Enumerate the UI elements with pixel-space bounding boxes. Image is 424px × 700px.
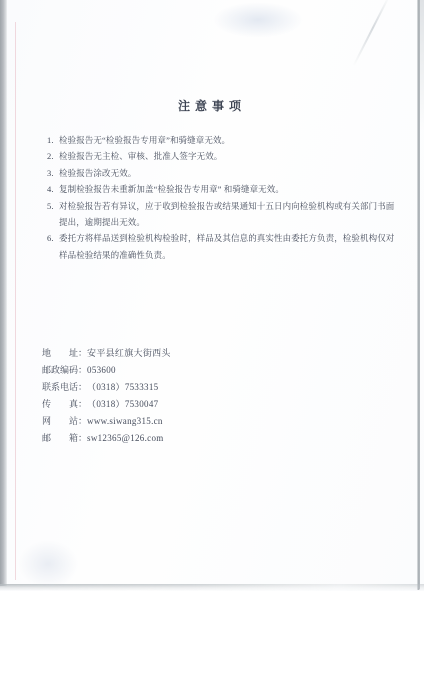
contact-website-label: 网 站： [42,413,87,430]
notice-item-text: 复制检验报告未重新加盖“检验报告专用章” 和骑缝章无效。 [59,181,401,197]
contact-address: 地 址：安平县红旗大街西头 [42,345,382,362]
notice-item-text: 委托方将样品送到检验机构检验时，样品及其信息的真实性由委托方负责，检验机构仅对样… [59,230,401,263]
contact-postcode-value: 053600 [87,365,116,375]
notice-list: 1. 检验报告无“检验报告专用章”和骑缝章无效。 2. 检验报告无主检、审核、批… [47,132,403,263]
notice-item: 3. 检验报告涂改无效。 [47,165,403,181]
contact-website: 网 站：www.siwang315.cn [42,413,382,430]
scanned-page: 注意事项 1. 检验报告无“检验报告专用章”和骑缝章无效。 2. 检验报告无主检… [0,0,424,700]
paper-background [0,0,424,591]
scan-smudge-top [213,2,303,38]
contact-phone-label: 联系电话： [42,379,87,396]
notice-item-number: 2. [47,148,59,164]
notice-item: 2. 检验报告无主检、审核、批准人签字无效。 [47,148,403,164]
contact-postcode-label: 邮政编码： [42,362,87,379]
contact-phone: 联系电话：（0318）7533315 [42,379,382,396]
contact-email: 邮 箱：sw12365@126.com [42,430,382,447]
contact-address-label: 地 址： [42,345,87,362]
notice-item-text: 检验报告无主检、审核、批准人签字无效。 [59,148,401,164]
notice-item-text: 检验报告涂改无效。 [59,165,401,181]
contact-fax-label: 传 真： [42,396,87,413]
notice-item: 4. 复制检验报告未重新加盖“检验报告专用章” 和骑缝章无效。 [47,181,403,197]
notice-item-text: 检验报告无“检验报告专用章”和骑缝章无效。 [59,132,401,148]
page-title: 注意事项 [8,97,416,114]
scan-smudge-bottom [18,540,78,588]
contact-postcode: 邮政编码：053600 [42,362,382,379]
notice-item-number: 5. [47,198,59,231]
scan-edge-left [0,0,7,586]
notice-item-text: 对检验报告若有异议，应于收到检验报告或结果通知十五日内向检验机构或有关部门书面提… [59,198,401,231]
notice-item-number: 6. [47,230,59,263]
notice-item-number: 1. [47,132,59,148]
contact-fax-value: （0318）7530047 [87,399,158,409]
notice-item-number: 3. [47,165,59,181]
notice-item: 1. 检验报告无“检验报告专用章”和骑缝章无效。 [47,132,403,148]
contact-address-value: 安平县红旗大街西头 [87,348,171,358]
contact-phone-value: （0318）7533315 [87,382,158,392]
notice-item-number: 4. [47,181,59,197]
contact-fax: 传 真：（0318）7530047 [42,396,382,413]
notice-item: 6. 委托方将样品送到检验机构检验时，样品及其信息的真实性由委托方负责，检验机构… [47,230,403,263]
notice-item: 5. 对检验报告若有异议，应于收到检验报告或结果通知十五日内向检验机构或有关部门… [47,198,403,231]
contact-website-value: www.siwang315.cn [87,416,163,426]
contact-block: 地 址：安平县红旗大街西头 邮政编码：053600 联系电话：（0318）753… [42,345,382,447]
scan-edge-right-shadow [420,0,424,130]
contact-email-label: 邮 箱： [42,430,87,447]
contact-email-value: sw12365@126.com [87,433,164,443]
